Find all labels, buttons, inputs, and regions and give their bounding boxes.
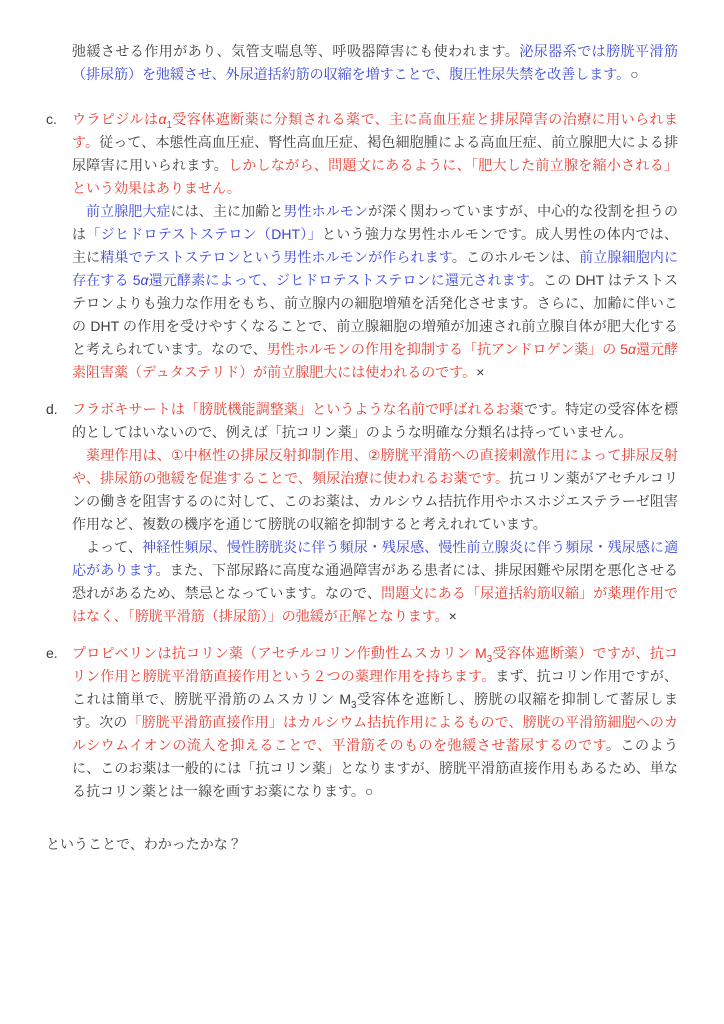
item-e-body: プロピベリンは抗コリン薬（アセチルコリン作動性ムスカリン M3受容体遮断薬）です… [72,642,678,803]
answer-item-d: d. フラボキサートは「膀胱機能調整薬」というような名前で呼ばれるお薬です。特定… [46,398,678,628]
item-e-label: e. [46,642,72,803]
closing-remark: ということで、わかったかな？ [46,833,678,856]
item-d-paragraph-1: フラボキサートは「膀胱機能調整薬」というような名前で呼ばれるお薬です。特定の受容… [72,398,678,444]
incorrect-mark: × [449,608,457,624]
correct-mark: ○ [365,783,373,799]
item-c-paragraph-2: 前立腺肥大症には、主に加齢と男性ホルモンが深く関わっていますが、中心的な役割を担… [72,200,678,384]
item-c-paragraph-1: ウラピジルはα1受容体遮断薬に分類される薬で、主に高血圧症と排尿障害の治療に用い… [72,108,678,200]
answer-item-e: e. プロピベリンは抗コリン薬（アセチルコリン作動性ムスカリン M3受容体遮断薬… [46,642,678,803]
correct-mark: ○ [630,66,638,82]
item-d-paragraph-3: よって、神経性頻尿、慢性膀胱炎に伴う頻尿・残尿感、慢性前立腺炎に伴う頻尿・残尿感… [72,536,678,628]
intro-paragraph: 弛緩させる作用があり、気管支喘息等、呼吸器障害にも使われます。泌尿器系では膀胱平… [72,40,678,86]
item-d-paragraph-2: 薬理作用は、①中枢性の排尿反射抑制作用、②膀胱平滑筋への直接刺激作用によって排尿… [72,444,678,536]
item-c-label: c. [46,108,72,384]
item-d-label: d. [46,398,72,628]
document-page: 弛緩させる作用があり、気管支喘息等、呼吸器障害にも使われます。泌尿器系では膀胱平… [0,0,724,1024]
answer-item-c: c. ウラピジルはα1受容体遮断薬に分類される薬で、主に高血圧症と排尿障害の治療… [46,108,678,384]
item-c-body: ウラピジルはα1受容体遮断薬に分類される薬で、主に高血圧症と排尿障害の治療に用い… [72,108,678,384]
incorrect-mark: × [476,364,484,380]
item-e-paragraph-1: プロピベリンは抗コリン薬（アセチルコリン作動性ムスカリン M3受容体遮断薬）です… [72,642,678,803]
item-d-body: フラボキサートは「膀胱機能調整薬」というような名前で呼ばれるお薬です。特定の受容… [72,398,678,628]
